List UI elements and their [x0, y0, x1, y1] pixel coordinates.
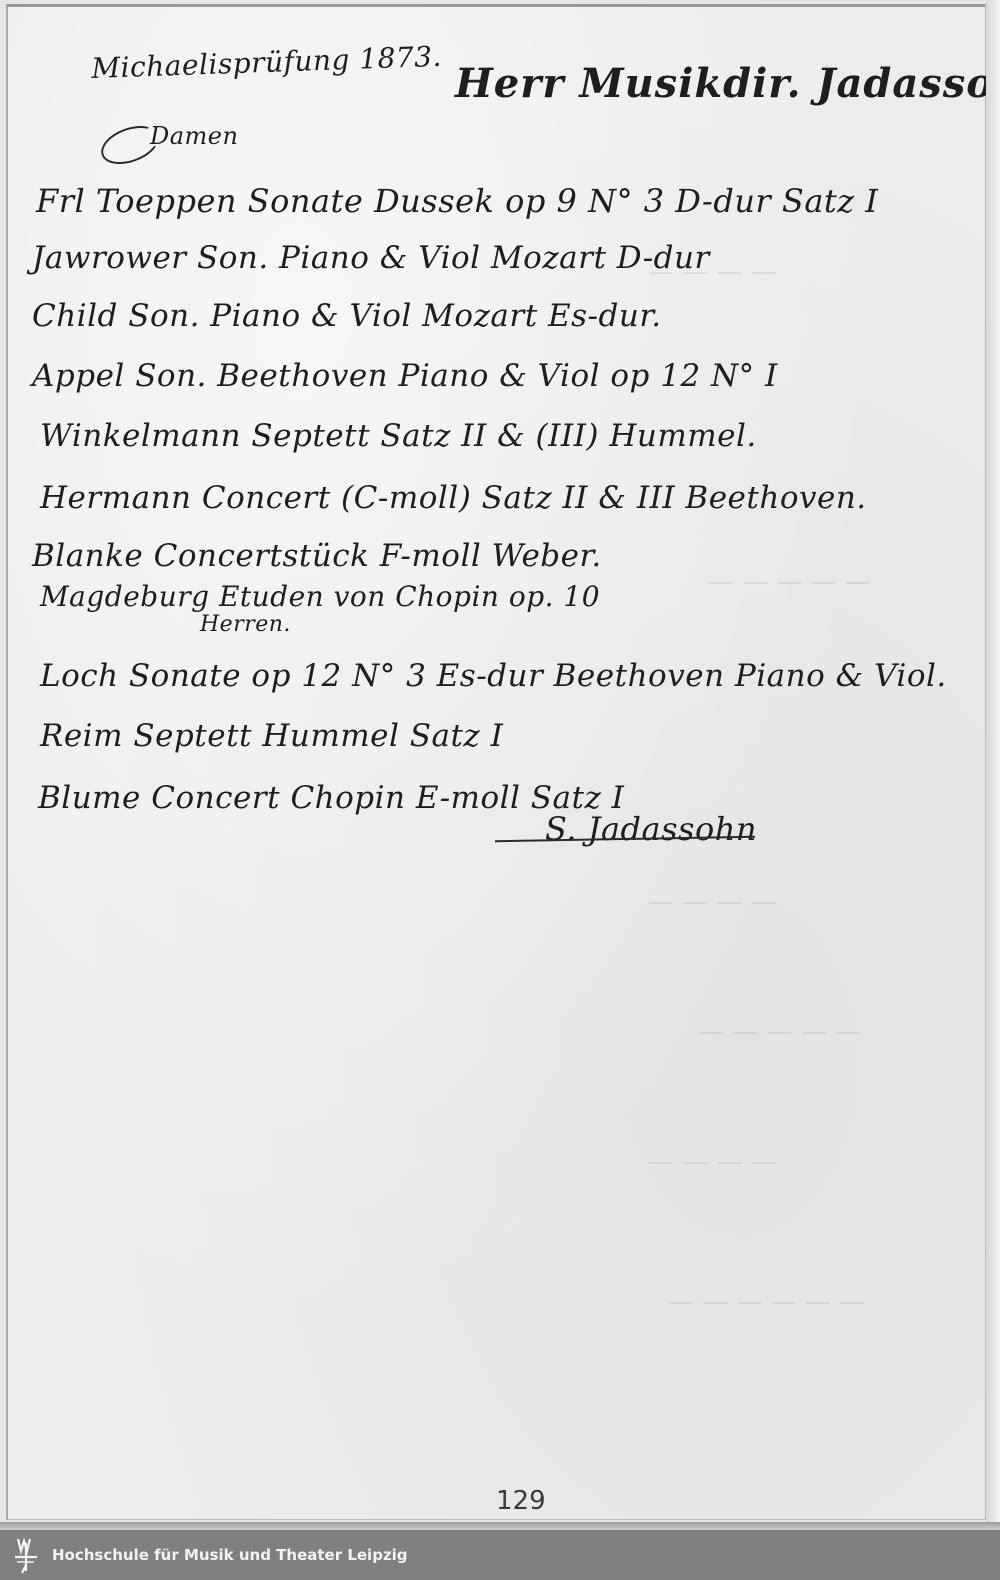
page-edge — [986, 0, 1000, 1530]
manuscript-page: — — — — — — — — — — — — — — — — — — — — … — [6, 4, 986, 1520]
entry-row: Frl Toeppen Sonate Dussek op 9 N° 3 D-du… — [36, 182, 878, 220]
page-edge — [0, 1522, 1000, 1530]
show-through-text: — — — — — [648, 887, 777, 917]
show-through-text: — — — — — [648, 1147, 777, 1177]
entry-subheading: Herren. — [200, 612, 291, 637]
signature: S. Jadassohn — [545, 810, 757, 848]
entry-row: Jawrower Son. Piano & Viol Mozart D-dur — [32, 240, 710, 276]
examiner-name: Herr Musikdir. Jadassohn. — [455, 60, 1000, 107]
entry-row: Loch Sonate op 12 N° 3 Es-dur Beethoven … — [40, 658, 947, 694]
hmt-leipzig-logo-icon — [12, 1535, 40, 1575]
entry-row: Hermann Concert (C-moll) Satz II & III B… — [40, 480, 867, 516]
scanned-manuscript: — — — — — — — — — — — — — — — — — — — — … — [0, 0, 1000, 1530]
show-through-text: — — — — — — [698, 1017, 861, 1047]
institution-footer: Hochschule für Musik und Theater Leipzig — [0, 1530, 1000, 1580]
folio-number: 129 — [496, 1486, 546, 1516]
entry-row: Blanke Concertstück F-moll Weber. — [32, 538, 602, 574]
show-through-text: — — — — — — — [668, 1287, 865, 1317]
entry-row: Winkelmann Septett Satz II & (III) Humme… — [40, 418, 757, 454]
show-through-text: — — — — — — [708, 567, 871, 597]
entry-row: Appel Son. Beethoven Piano & Viol op 12 … — [32, 358, 778, 394]
entry-row: Reim Septett Hummel Satz I — [40, 718, 503, 754]
institution-name: Hochschule für Musik und Theater Leipzig — [52, 1546, 408, 1564]
entry-row: Child Son. Piano & Viol Mozart Es-dur. — [32, 298, 662, 334]
section-heading-damen: Damen — [150, 122, 238, 150]
entry-row: Blume Concert Chopin E-moll Satz I — [38, 780, 624, 816]
entry-row: Magdeburg Etuden von Chopin op. 10 — [40, 580, 600, 613]
